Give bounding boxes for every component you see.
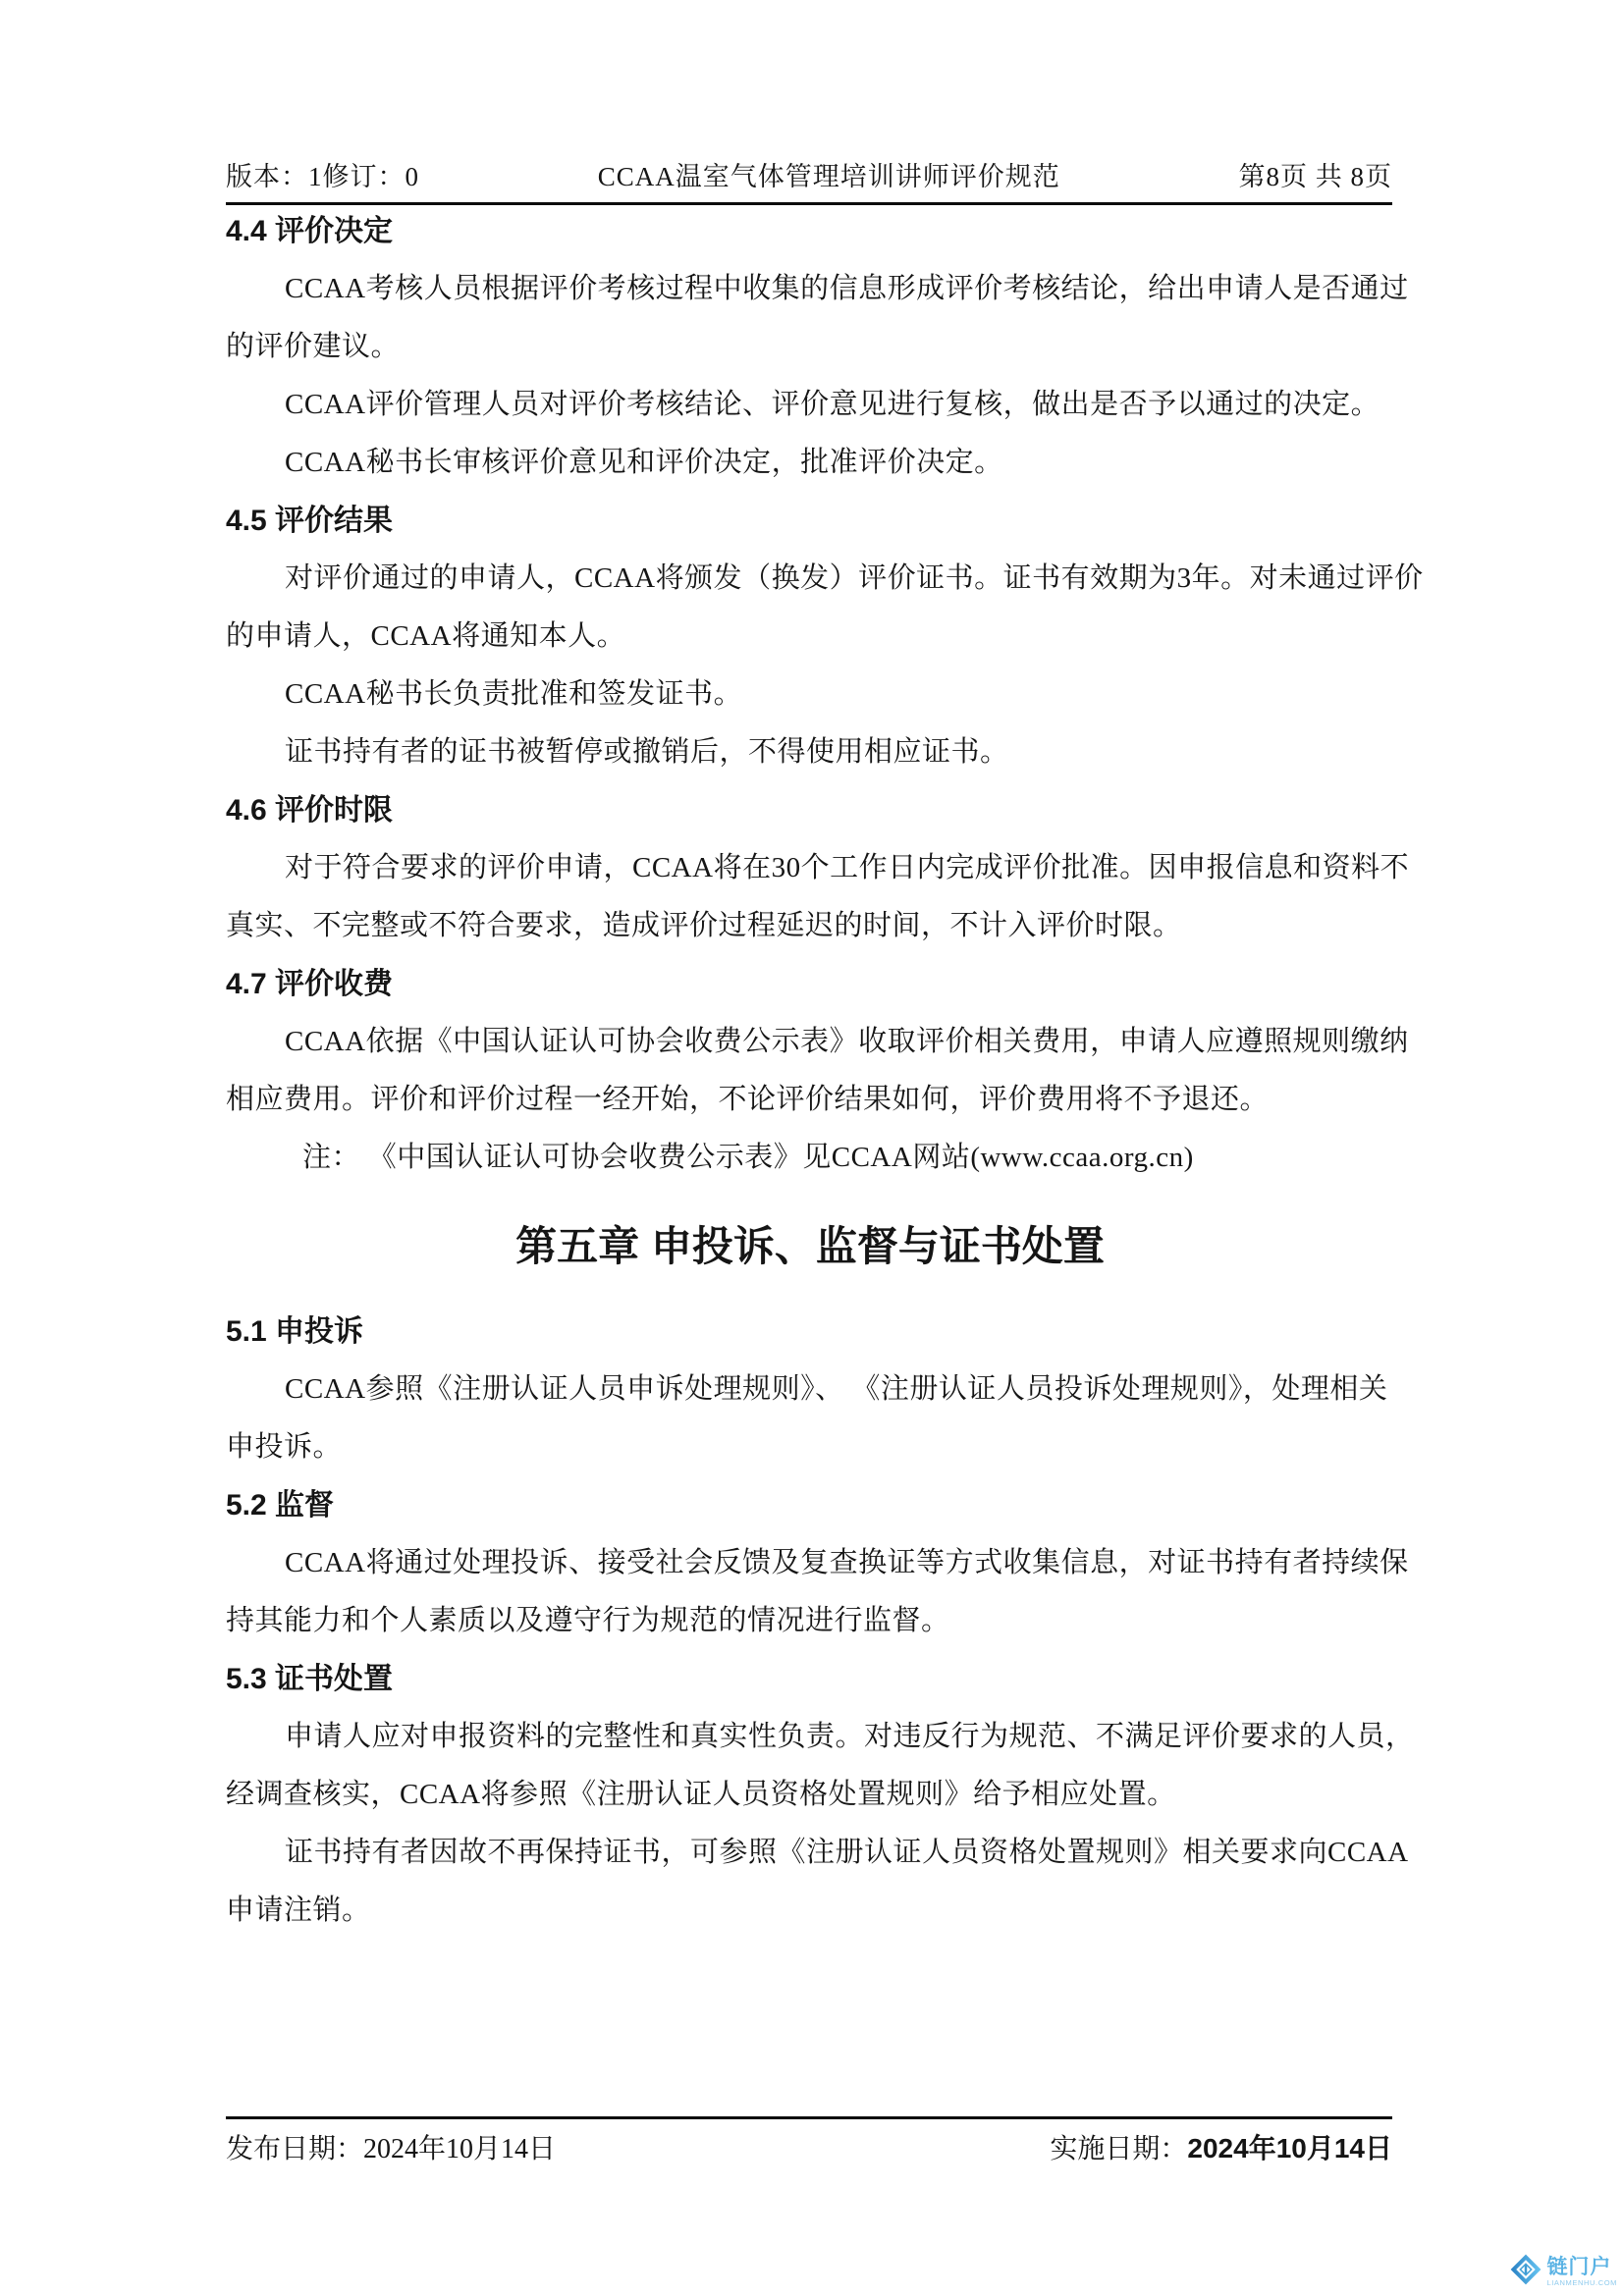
page-footer: 发布日期：2024年10月14日 实施日期：2024年10月14日 xyxy=(226,2116,1392,2166)
body-line: 证书持有者因故不再保持证书，可参照《注册认证人员资格处置规则》相关要求向CCAA xyxy=(226,1824,1394,1882)
body-line: 申投诉。 xyxy=(226,1418,1394,1476)
section-heading: 5.2 监督 xyxy=(226,1476,1394,1534)
implement-date-value: 2024年10月14日 xyxy=(1187,2133,1392,2163)
watermark-brand-domain: LIANMENHU.COM xyxy=(1546,2279,1617,2287)
body-line: CCAA评价管理人员对评价考核结论、评价意见进行复核，做出是否予以通过的决定。 xyxy=(226,376,1394,434)
body-line: 真实、不完整或不符合要求，造成评价过程延迟的时间，不计入评价时限。 xyxy=(226,897,1394,955)
body-line: CCAA秘书长负责批准和签发证书。 xyxy=(226,666,1394,723)
body-line: 申请注销。 xyxy=(226,1882,1394,1940)
watermark-brand-name: 链门户 xyxy=(1546,2257,1617,2277)
body-line: 证书持有者的证书被暂停或撤销后，不得使用相应证书。 xyxy=(226,723,1394,781)
body-line: CCAA考核人员根据评价考核过程中收集的信息形成评价考核结论，给出申请人是否通过 xyxy=(226,260,1394,318)
document-body: 4.4 评价决定CCAA考核人员根据评价考核过程中收集的信息形成评价考核结论，给… xyxy=(226,202,1394,1940)
chapter-title: 第五章 申投诉、监督与证书处置 xyxy=(226,1187,1394,1303)
publish-date-line: 发布日期：2024年10月14日 xyxy=(226,2127,556,2166)
body-line: CCAA将通过处理投诉、接受社会反馈及复查换证等方式收集信息，对证书持有者持续保 xyxy=(226,1534,1394,1592)
section-heading: 4.6 评价时限 xyxy=(226,781,1394,839)
watermark-logo: 链门户 LIANMENHU.COM xyxy=(1510,2254,1617,2290)
publish-date-label: 发布日期： xyxy=(226,2134,363,2164)
section-heading: 5.1 申投诉 xyxy=(226,1303,1394,1361)
section-heading: 4.4 评价决定 xyxy=(226,202,1394,260)
body-line: 对于符合要求的评价申请，CCAA将在30个工作日内完成评价批准。因申报信息和资料… xyxy=(226,839,1394,897)
body-line: 经调查核实，CCAA将参照《注册认证人员资格处置规则》给予相应处置。 xyxy=(226,1766,1394,1824)
section-heading: 4.7 评价收费 xyxy=(226,955,1394,1013)
section-heading: 4.5 评价结果 xyxy=(226,492,1394,550)
watermark-text: 链门户 LIANMENHU.COM xyxy=(1546,2257,1617,2287)
body-line: 的申请人，CCAA将通知本人。 xyxy=(226,608,1394,666)
header-page-number: 第8页 共 8页 xyxy=(1238,155,1392,193)
publish-date-value: 2024年10月14日 xyxy=(363,2134,556,2164)
body-line: 申请人应对申报资料的完整性和真实性负责。对违反行为规范、不满足评价要求的人员， xyxy=(226,1708,1394,1766)
section-heading: 5.3 证书处置 xyxy=(226,1650,1394,1708)
body-line: CCAA秘书长审核评价意见和评价决定，批准评价决定。 xyxy=(226,434,1394,492)
body-line: 相应费用。评价和评价过程一经开始，不论评价结果如何，评价费用将不予退还。 xyxy=(226,1071,1394,1129)
body-line: 持其能力和个人素质以及遵守行为规范的情况进行监督。 xyxy=(226,1592,1394,1650)
body-line: 对评价通过的申请人，CCAA将颁发（换发）评价证书。证书有效期为3年。对未通过评… xyxy=(226,550,1394,608)
body-line: 的评价建议。 xyxy=(226,318,1394,376)
page-header: 版本：1修订：0 CCAA温室气体管理培训讲师评价规范 第8页 共 8页 xyxy=(226,155,1392,205)
header-version: 版本：1修订：0 xyxy=(226,155,419,193)
lianmenhu-diamond-icon xyxy=(1510,2254,1542,2290)
body-line: CCAA依据《中国认证认可协会收费公示表》收取评价相关费用，申请人应遵照规则缴纳 xyxy=(226,1013,1394,1071)
body-line: CCAA参照《注册认证人员申诉处理规则》、 《注册认证人员投诉处理规则》，处理相… xyxy=(226,1361,1394,1418)
header-document-title: CCAA温室气体管理培训讲师评价规范 xyxy=(598,155,1060,193)
implement-date-line: 实施日期：2024年10月14日 xyxy=(1050,2127,1392,2166)
implement-date-label: 实施日期： xyxy=(1050,2134,1187,2164)
body-line: 注： 《中国认证认可协会收费公示表》见CCAA网站(www.ccaa.org.c… xyxy=(226,1129,1394,1187)
document-page: 版本：1修订：0 CCAA温室气体管理培训讲师评价规范 第8页 共 8页 4.4… xyxy=(0,0,1623,2296)
